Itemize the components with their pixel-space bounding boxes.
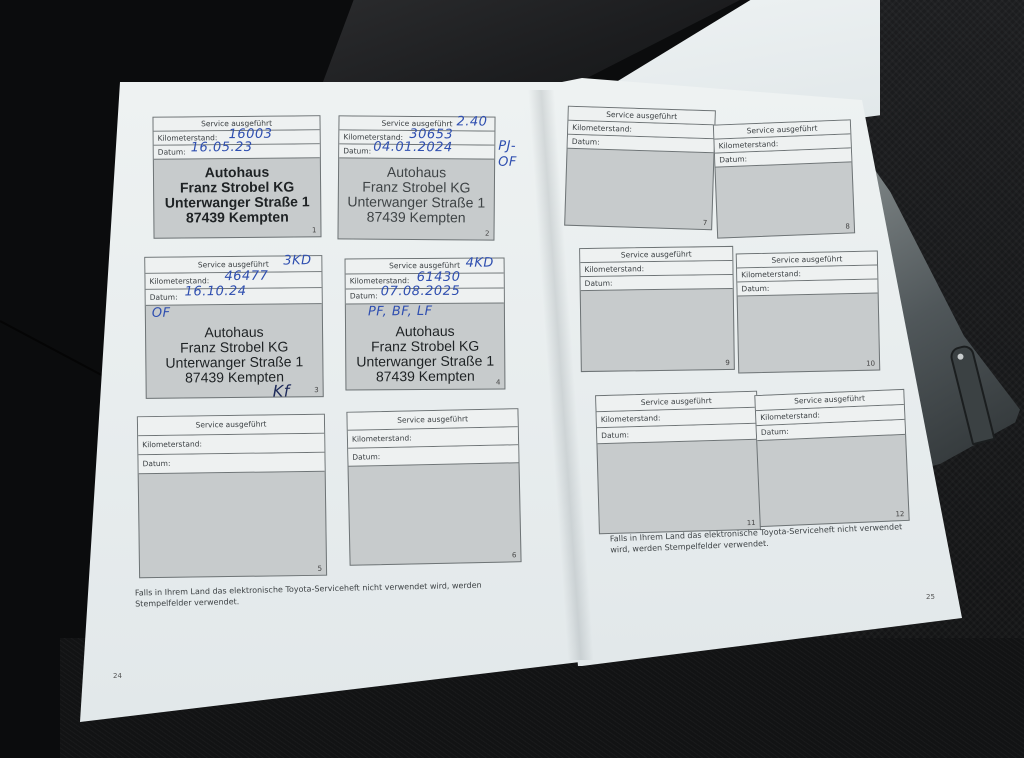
service-field-7: Service ausgeführtKilometerstand:Datum:7 <box>564 106 716 231</box>
date-row-label: Datum: <box>158 147 186 156</box>
handwritten-signature: Kf <box>273 381 290 400</box>
handwritten-date: 16.10.24 <box>185 284 247 300</box>
stamp-area <box>565 149 713 230</box>
field-number: 3 <box>314 386 319 394</box>
dealer-stamp: AutohausFranz Strobel KGUnterwanger Stra… <box>154 164 321 225</box>
handwritten-work-codes: OF <box>152 306 171 321</box>
field-number: 9 <box>725 359 730 367</box>
field-number: 7 <box>703 219 708 227</box>
seat-seam <box>0 320 106 378</box>
stamp-area: AutohausFranz Strobel KGUnterwanger Stra… <box>338 158 494 239</box>
date-row-label: Datum: <box>572 137 600 147</box>
handwritten-mileage: 61430 <box>417 270 461 285</box>
km-row-label: Kilometerstand: <box>719 139 779 150</box>
service-row-label: Service ausgeführt <box>794 394 865 406</box>
service-field-11: Service ausgeführtKilometerstand:Datum:1… <box>595 391 761 534</box>
date-row-label: Datum: <box>601 430 629 440</box>
date-row-label: Datum: <box>585 279 613 288</box>
km-row-label: Kilometerstand: <box>760 410 820 421</box>
service-row: Service ausgeführt <box>138 415 324 437</box>
service-row-label: Service ausgeführt <box>195 420 266 430</box>
date-row-label: Datum: <box>352 452 380 462</box>
km-row-label: Kilometerstand: <box>584 264 644 274</box>
field-number: 4 <box>496 378 501 386</box>
left-page-number: 24 <box>113 672 122 680</box>
field-number: 5 <box>318 565 323 573</box>
handwritten-service-note: 3KD <box>283 253 311 268</box>
field-number: 2 <box>485 230 490 238</box>
stamp-area <box>139 472 326 578</box>
service-field-6: Service ausgeführtKilometerstand:Datum:6 <box>346 408 521 566</box>
dealer-stamp: AutohausFranz Strobel KGUnterwanger Stra… <box>146 324 323 386</box>
stamp-area <box>597 440 759 533</box>
right-page-number: 25 <box>926 593 935 601</box>
date-row-label: Datum: <box>150 293 178 302</box>
km-row-label: Kilometerstand: <box>352 433 412 443</box>
handwritten-mileage: 46477 <box>224 269 268 284</box>
service-field-8: Service ausgeführtKilometerstand:Datum:8 <box>713 119 855 238</box>
stamp-area: AutohausFranz Strobel KGUnterwanger Stra… <box>154 158 321 237</box>
field-number: 10 <box>866 360 875 368</box>
field-number: 6 <box>512 551 517 559</box>
service-field-1: Service ausgeführtKilometerstand:Datum:1… <box>152 115 321 238</box>
service-row-label: Service ausgeführt <box>606 110 677 121</box>
date-row-label: Datum: <box>343 146 371 155</box>
service-field-10: Service ausgeführtKilometerstand:Datum:1… <box>736 251 880 374</box>
field-number: 1 <box>312 226 317 234</box>
stamp-area: AutohausFranz Strobel KGUnterwanger Stra… <box>146 304 323 398</box>
handwritten-side-note: PJ-OF <box>498 139 517 171</box>
handwritten-date: 04.01.2024 <box>373 140 453 156</box>
handwritten-service-note: 2.40 <box>456 114 487 129</box>
date-row-label: Datum: <box>741 284 769 294</box>
stamp-line-4: 87439 Kempten <box>339 209 494 225</box>
service-row-label: Service ausgeführt <box>771 254 842 264</box>
km-row-label: Kilometerstand: <box>741 269 801 279</box>
dealer-stamp: AutohausFranz Strobel KGUnterwanger Stra… <box>346 323 504 384</box>
service-field-2: Service ausgeführtKilometerstand:Datum:2… <box>337 115 495 240</box>
field-number: 11 <box>747 519 756 527</box>
handwritten-work-codes: PF, BF, LF <box>368 304 433 319</box>
stamp-area <box>581 289 734 371</box>
date-row-label: Datum: <box>350 291 378 300</box>
stamp-area <box>716 162 855 237</box>
field-number: 8 <box>845 223 850 231</box>
stamp-area <box>349 463 521 565</box>
km-row: Kilometerstand: <box>138 434 324 456</box>
service-row-label: Service ausgeführt <box>621 250 692 260</box>
stamp-line-4: 87439 Kempten <box>154 209 320 225</box>
km-row-label: Kilometerstand: <box>142 439 202 449</box>
service-field-5: Service ausgeführtKilometerstand:Datum:5 <box>137 414 327 579</box>
date-row: Datum: <box>138 453 324 475</box>
date-row-label: Datum: <box>142 459 170 468</box>
stamp-area <box>757 435 908 526</box>
handwritten-service-note: 4KD <box>466 256 494 271</box>
stamp-line-4: 87439 Kempten <box>346 368 504 384</box>
service-row-label: Service ausgeführt <box>747 124 818 136</box>
handwritten-date: 16.05.23 <box>191 140 253 156</box>
stamp-area <box>738 294 880 373</box>
service-row-label: Service ausgeführt <box>397 414 468 424</box>
km-row-label: Kilometerstand: <box>601 413 661 424</box>
km-row-label: Kilometerstand: <box>572 123 632 134</box>
stamp-line-4: 87439 Kempten <box>146 369 322 386</box>
service-field-4: Service ausgeführtKilometerstand:Datum:4… <box>345 257 506 390</box>
date-row-label: Datum: <box>719 154 747 164</box>
stamp-area: AutohausFranz Strobel KGUnterwanger Stra… <box>346 303 505 389</box>
service-field-3: Service ausgeführtKilometerstand:Datum:3… <box>144 255 323 399</box>
date-row-label: Datum: <box>761 427 789 437</box>
service-field-9: Service ausgeführtKilometerstand:Datum:9 <box>579 246 735 372</box>
service-row-label: Service ausgeführt <box>641 396 712 407</box>
service-row-label: Service ausgeführt <box>389 261 460 270</box>
service-field-12: Service ausgeführtKilometerstand:Datum:1… <box>754 389 909 527</box>
handwritten-date: 07.08.2025 <box>381 284 461 300</box>
dealer-stamp: AutohausFranz Strobel KGUnterwanger Stra… <box>339 164 495 225</box>
field-number: 12 <box>895 510 904 518</box>
